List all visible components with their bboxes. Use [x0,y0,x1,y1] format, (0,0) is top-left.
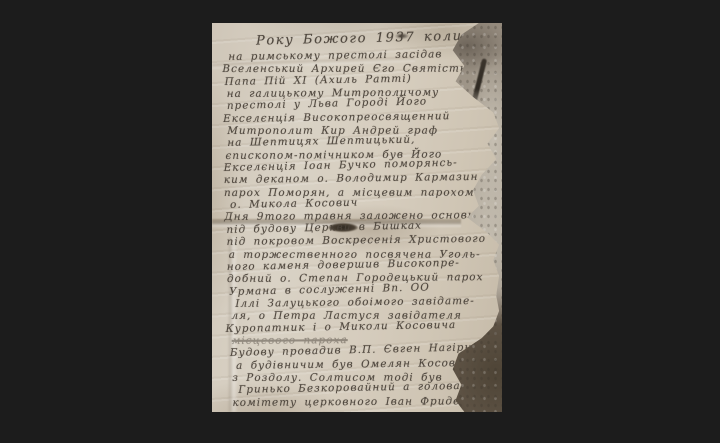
manuscript-line: Іллі Залуцького обоімого завідате- [235,294,502,310]
image-viewer-background: Року Божого 1937 колина римському престо… [0,0,720,443]
manuscript-line: Екселєнція Високопреосвященний [223,109,501,125]
manuscript-line: ким деканом о. Володимир Кармазин [224,171,502,187]
manuscript-text: Року Божого 1937 колина римському престо… [222,31,502,409]
manuscript-line: під покровом Воскресенія Христового [226,233,502,249]
manuscript-photo: Року Божого 1937 колина римському престо… [212,23,502,412]
